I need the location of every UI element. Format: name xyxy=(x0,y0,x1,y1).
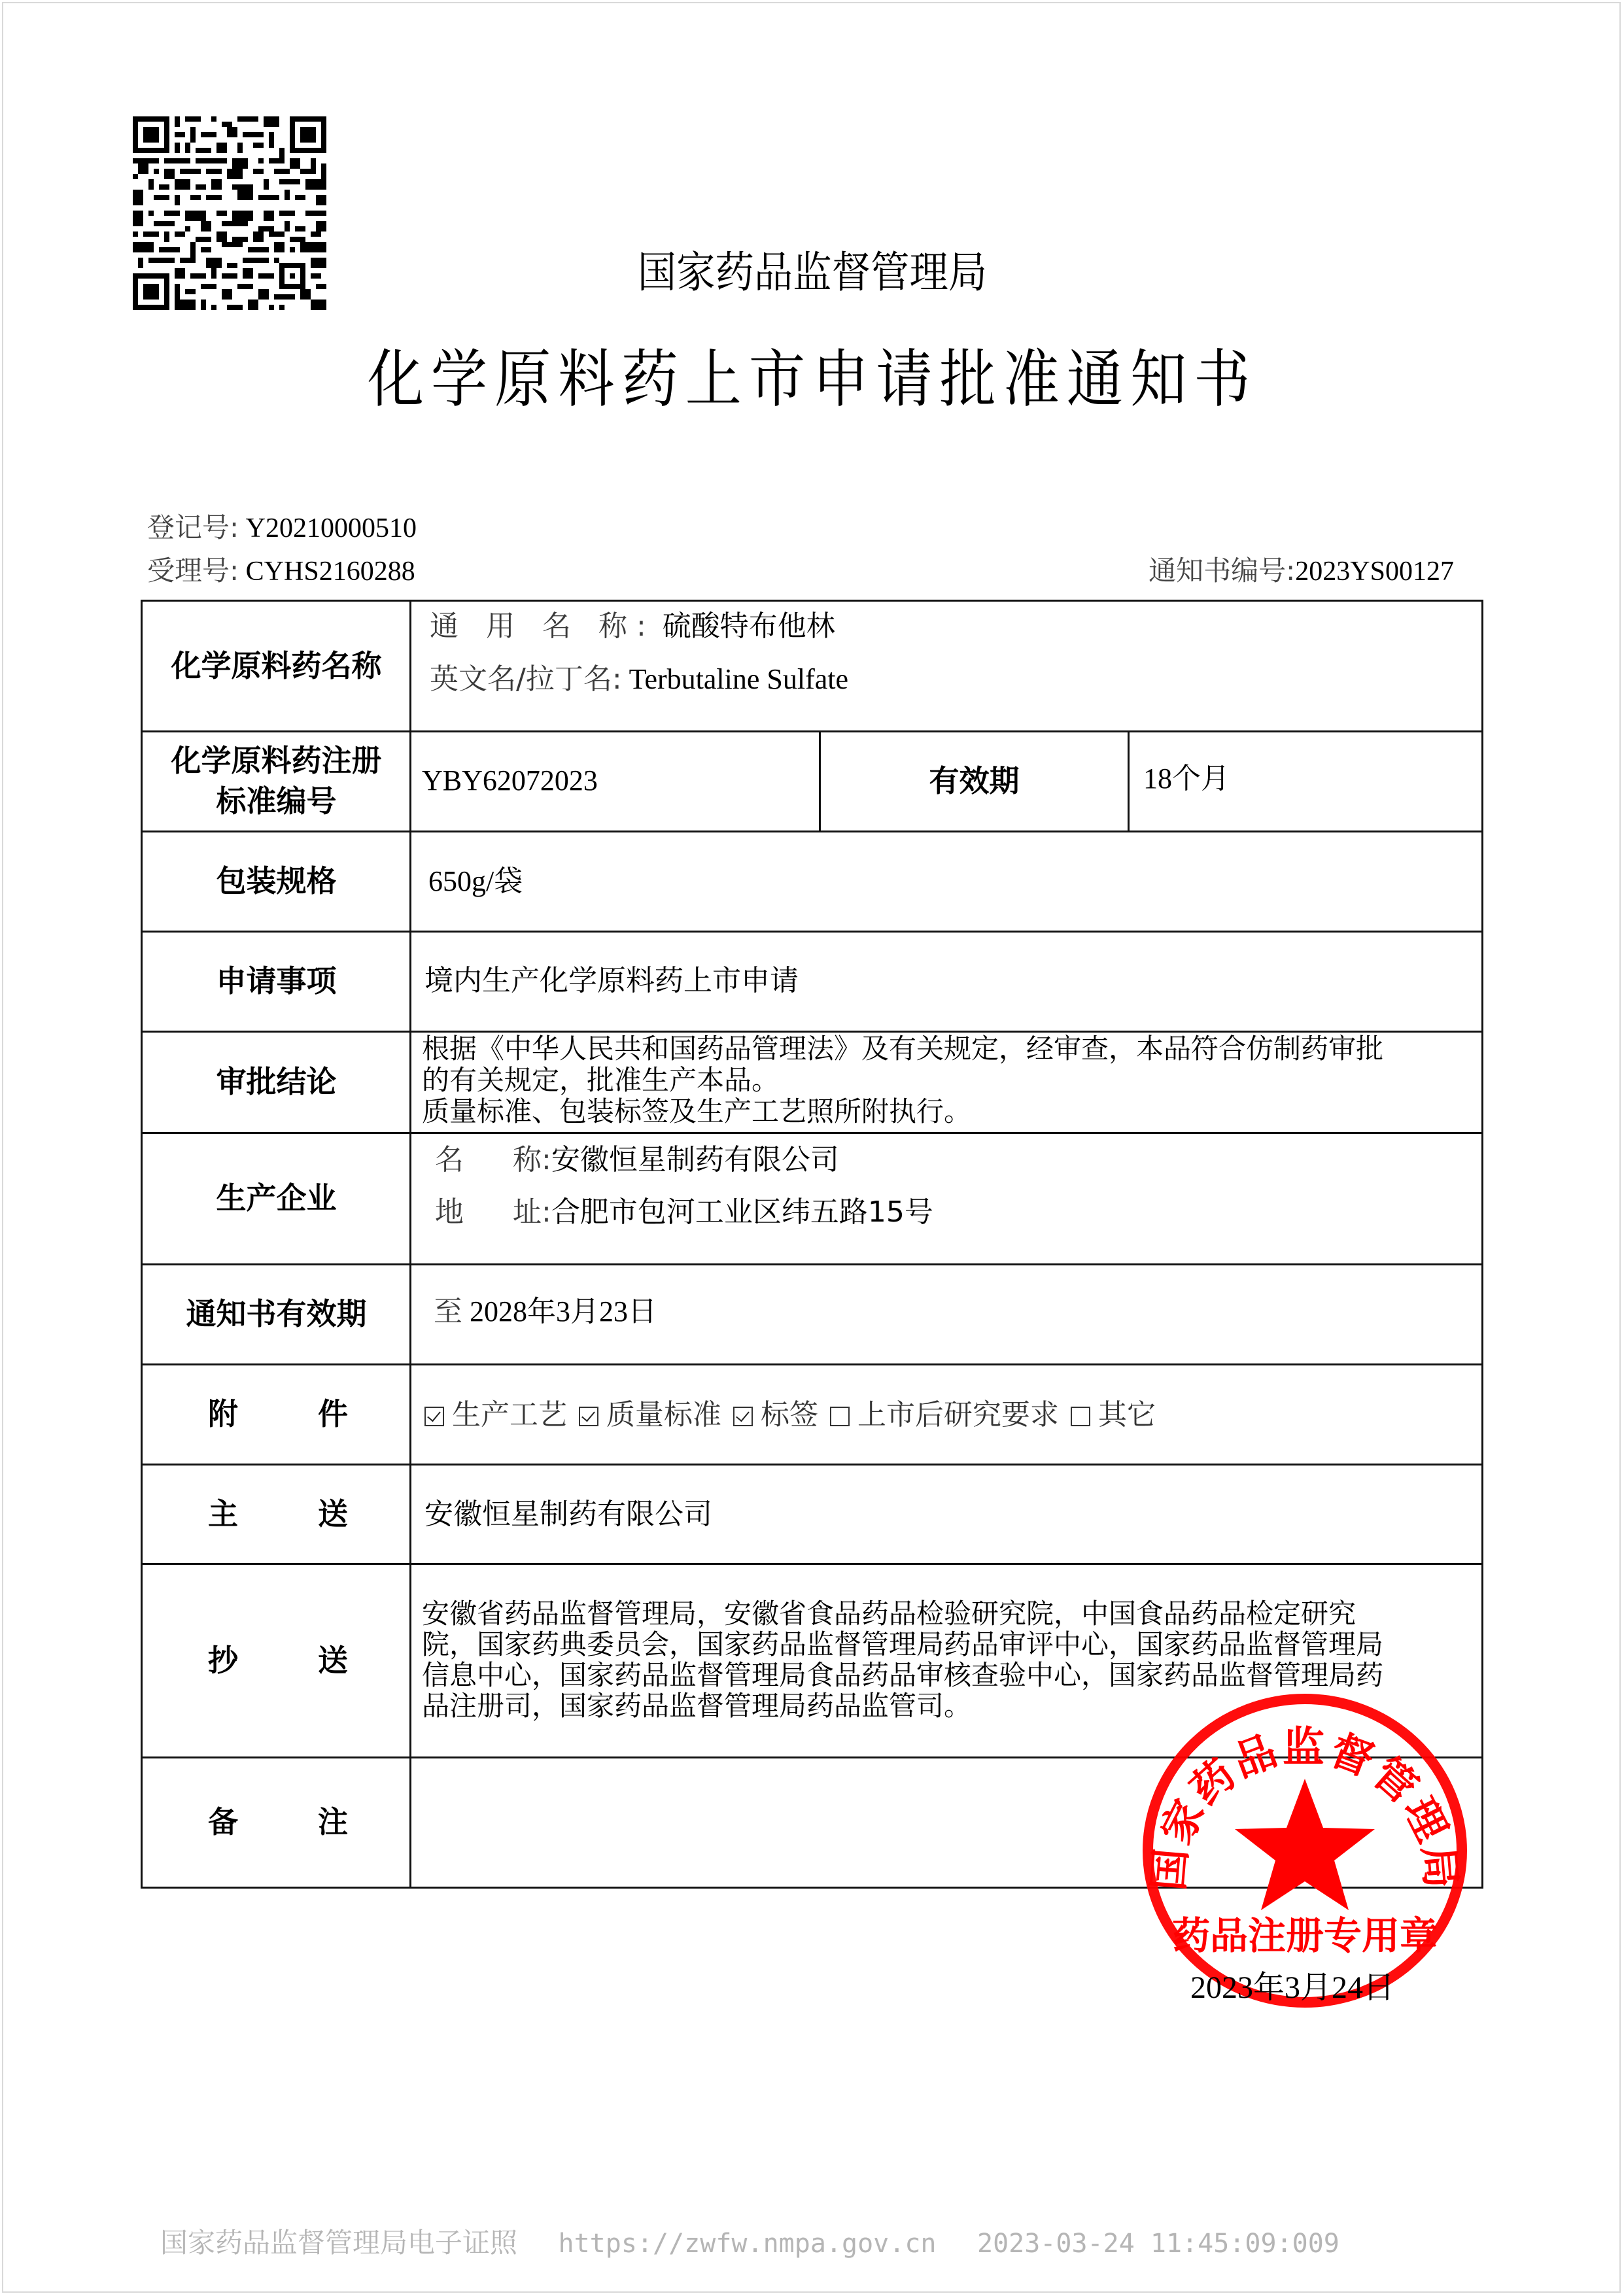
registration-number: Y20210000510 xyxy=(246,513,417,543)
checkbox-post-market-research[interactable] xyxy=(830,1407,850,1426)
generic-name-line: 通 用 名 称: 硫酸特布他林 xyxy=(422,609,1475,643)
manufacturer-address-line: 地 址:合肥市包河工业区纬五路15号 xyxy=(422,1195,1475,1229)
english-name-value: Terbutaline Sulfate xyxy=(629,663,848,695)
label-notice-validity: 通知书有效期 xyxy=(143,1265,410,1363)
footer-url[interactable]: https://zwfw.nmpa.gov.cn xyxy=(559,2229,937,2259)
label-manufacturer: 生产企业 xyxy=(143,1134,410,1263)
label-attachments: 附 件 xyxy=(143,1365,410,1464)
label-package-spec: 包装规格 xyxy=(143,832,410,931)
registration-number-line: 登记号: Y20210000510 xyxy=(147,511,417,545)
notice-validity-value: 至 2028年3月23日 xyxy=(422,1295,1475,1329)
approval-conclusion-text: 根据《中华人民共和国药品管理法》及有关规定，经审查，本品符合仿制药审批 的有关规… xyxy=(422,1033,1475,1127)
acceptance-number: CYHS2160288 xyxy=(246,557,415,587)
label-drug-name: 化学原料药名称 xyxy=(143,602,410,730)
agency-name: 国家药品监督管理局 xyxy=(0,243,1624,302)
package-spec-value: 650g/袋 xyxy=(422,865,1475,899)
english-name-label: 英文名/拉丁名: xyxy=(430,662,622,696)
manufacturer-address: 合肥市包河工业区纬五路15号 xyxy=(551,1195,933,1229)
column-divider xyxy=(1128,731,1130,831)
cc-recipients-text: 安徽省药品监督管理局，安徽省食品药品检验研究院，中国食品药品检定研究 院，国家药… xyxy=(422,1598,1475,1721)
label-main-recipient: 主 送 xyxy=(143,1465,410,1563)
manufacturer-name: 安徽恒星制药有限公司 xyxy=(551,1143,839,1176)
label-standard-number: 化学原料药注册 标准编号 xyxy=(143,732,410,831)
generic-name-label: 通 用 名 称: xyxy=(430,609,655,643)
manufacturer-name-line: 名 称:安徽恒星制药有限公司 xyxy=(422,1143,1475,1177)
notice-number-line: 通知书编号:2023YS00127 xyxy=(1149,555,1454,588)
footer-source: 国家药品监督管理局电子证照 xyxy=(160,2227,517,2259)
main-recipient-value: 安徽恒星制药有限公司 xyxy=(422,1498,1475,1532)
registration-label: 登记号: xyxy=(147,511,239,543)
application-item-value: 境内生产化学原料药上市申请 xyxy=(422,964,1475,998)
english-name-line: 英文名/拉丁名: Terbutaline Sulfate xyxy=(422,662,1475,696)
footer: 国家药品监督管理局电子证照 https://zwfw.nmpa.gov.cn 2… xyxy=(160,2223,1373,2263)
attachments-checklist: 生产工艺 质量标准 标签 上市后研究要求 其它 xyxy=(422,1398,1475,1432)
checkbox-production-process[interactable] xyxy=(424,1407,444,1426)
acceptance-label: 受理号: xyxy=(147,555,239,587)
label-application-item: 申请事项 xyxy=(143,933,410,1031)
checkbox-quality-standard[interactable] xyxy=(579,1407,598,1426)
document-title: 化学原料药上市申请批准通知书 xyxy=(0,340,1624,419)
validity-value: 18个月 xyxy=(1143,762,1470,796)
acceptance-number-line: 受理号: CYHS2160288 xyxy=(147,555,415,588)
notice-number: 2023YS00127 xyxy=(1295,557,1454,587)
checkbox-label[interactable] xyxy=(733,1407,753,1426)
label-remarks: 备 注 xyxy=(143,1758,410,1887)
label-validity: 有效期 xyxy=(821,732,1128,831)
checkbox-other[interactable] xyxy=(1071,1407,1090,1426)
notice-number-label: 通知书编号: xyxy=(1149,555,1295,587)
standard-number-value: YBY62072023 xyxy=(422,764,788,798)
label-approval-conclusion: 审批结论 xyxy=(143,1033,410,1132)
generic-name-value: 硫酸特布他林 xyxy=(663,609,835,643)
label-cc: 抄 送 xyxy=(143,1565,410,1756)
issue-date: 2023年3月24日 xyxy=(1190,1968,1394,2008)
footer-timestamp: 2023-03-24 11:45:09:009 xyxy=(977,2229,1339,2259)
